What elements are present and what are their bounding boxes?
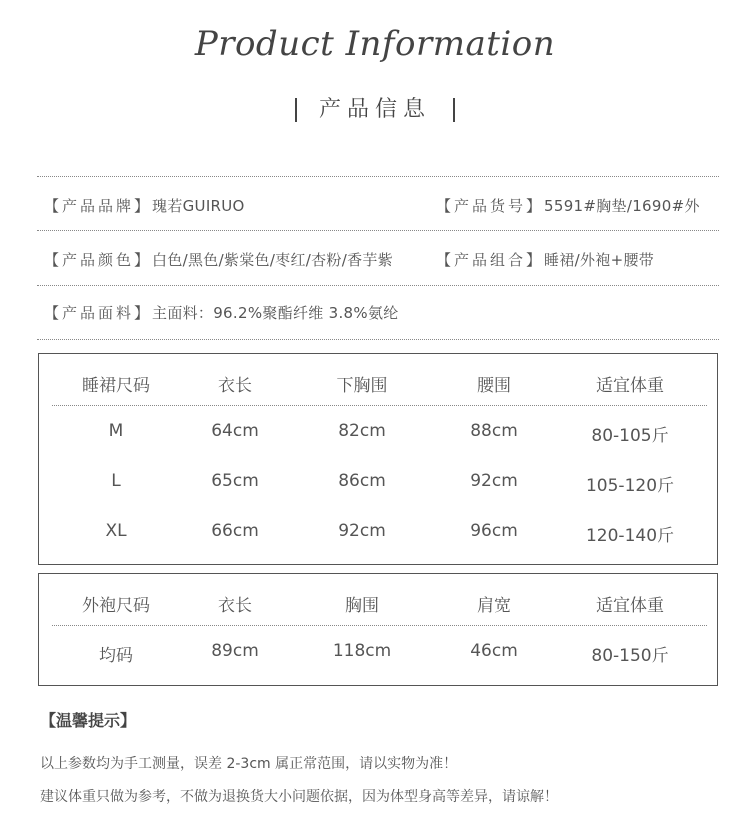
fabric-value: 主面料：96.2%聚酯纤维 3.8%氨纶 [152,304,399,322]
weight-cell: 105-120斤 [560,471,700,496]
length-cell: 66cm [165,521,305,541]
tip-line: 以上参数均为手工测量，误差 2-3cm 属正常范围，请以实物为准！ [40,753,457,773]
title-bar-left [295,98,297,122]
length-cell: 65cm [165,471,305,491]
length-cell: 64cm [165,421,305,441]
item-no-field: 【产品货号】5591#胸垫/1690#外 [436,195,700,216]
underbust-cell: 82cm [292,421,432,441]
combo-value: 睡裙/外袍+腰带 [544,251,654,269]
info-row-color: 【产品颜色】白色/黑色/紫棠色/枣红/杏粉/香芋紫 【产品组合】睡裙/外袍+腰带 [0,249,750,273]
brand-value: 瑰若GUIRUO [152,197,245,215]
section-title: 产品信息 [0,92,750,123]
header-cell: 衣长 [165,591,305,616]
divider [37,230,719,231]
combo-label: 【产品组合】 [436,251,544,269]
weight-cell: 80-105斤 [560,421,700,446]
brand-label: 【产品品牌】 [44,197,152,215]
section-title-text: 产品信息 [319,97,431,122]
table-header-row: 外袍尺码 衣长 胸围 肩宽 适宜体重 [39,591,717,617]
header-divider [52,625,707,626]
script-title: Product Information [0,24,750,64]
table-row: L 65cm 86cm 92cm 105-120斤 [39,471,717,497]
color-field: 【产品颜色】白色/黑色/紫棠色/枣红/杏粉/香芋紫 [44,249,393,270]
info-row-brand: 【产品品牌】瑰若GUIRUO 【产品货号】5591#胸垫/1690#外 [0,195,750,219]
header-divider [52,405,707,406]
header-cell: 衣长 [165,371,305,396]
divider [37,176,719,177]
robe-size-table: 外袍尺码 衣长 胸围 肩宽 适宜体重 均码 89cm 118cm 46cm 80… [38,573,718,686]
header-cell: 肩宽 [424,591,564,616]
fabric-field: 【产品面料】主面料：96.2%聚酯纤维 3.8%氨纶 [44,302,399,323]
header-cell: 下胸围 [292,371,432,396]
table-header-row: 睡裙尺码 衣长 下胸围 腰围 适宜体重 [39,371,717,397]
color-label: 【产品颜色】 [44,251,152,269]
tips-title: 【温馨提示】 [40,708,136,731]
waist-cell: 96cm [424,521,564,541]
header-cell: 适宜体重 [560,591,700,616]
weight-cell: 80-150斤 [560,641,700,666]
color-value: 白色/黑色/紫棠色/枣红/杏粉/香芋紫 [152,251,393,269]
divider [37,339,719,340]
bust-cell: 118cm [292,641,432,661]
header-cell: 适宜体重 [560,371,700,396]
waist-cell: 92cm [424,471,564,491]
length-cell: 89cm [165,641,305,661]
info-row-fabric: 【产品面料】主面料：96.2%聚酯纤维 3.8%氨纶 [0,302,750,326]
combo-field: 【产品组合】睡裙/外袍+腰带 [436,249,654,270]
underbust-cell: 86cm [292,471,432,491]
item-no-value: 5591#胸垫/1690#外 [544,197,700,215]
shoulder-cell: 46cm [424,641,564,661]
nightgown-size-table: 睡裙尺码 衣长 下胸围 腰围 适宜体重 M 64cm 82cm 88cm 80-… [38,353,718,565]
header-cell: 胸围 [292,591,432,616]
header-cell: 腰围 [424,371,564,396]
waist-cell: 88cm [424,421,564,441]
table-row: 均码 89cm 118cm 46cm 80-150斤 [39,641,717,667]
title-bar-right [453,98,455,122]
weight-cell: 120-140斤 [560,521,700,546]
table-row: M 64cm 82cm 88cm 80-105斤 [39,421,717,447]
tip-line: 建议体重只做为参考，不做为退换货大小问题依据，因为体型身高等差异，请谅解！ [40,786,558,806]
underbust-cell: 92cm [292,521,432,541]
brand-field: 【产品品牌】瑰若GUIRUO [44,195,245,216]
item-no-label: 【产品货号】 [436,197,544,215]
divider [37,285,719,286]
table-row: XL 66cm 92cm 96cm 120-140斤 [39,521,717,547]
fabric-label: 【产品面料】 [44,304,152,322]
